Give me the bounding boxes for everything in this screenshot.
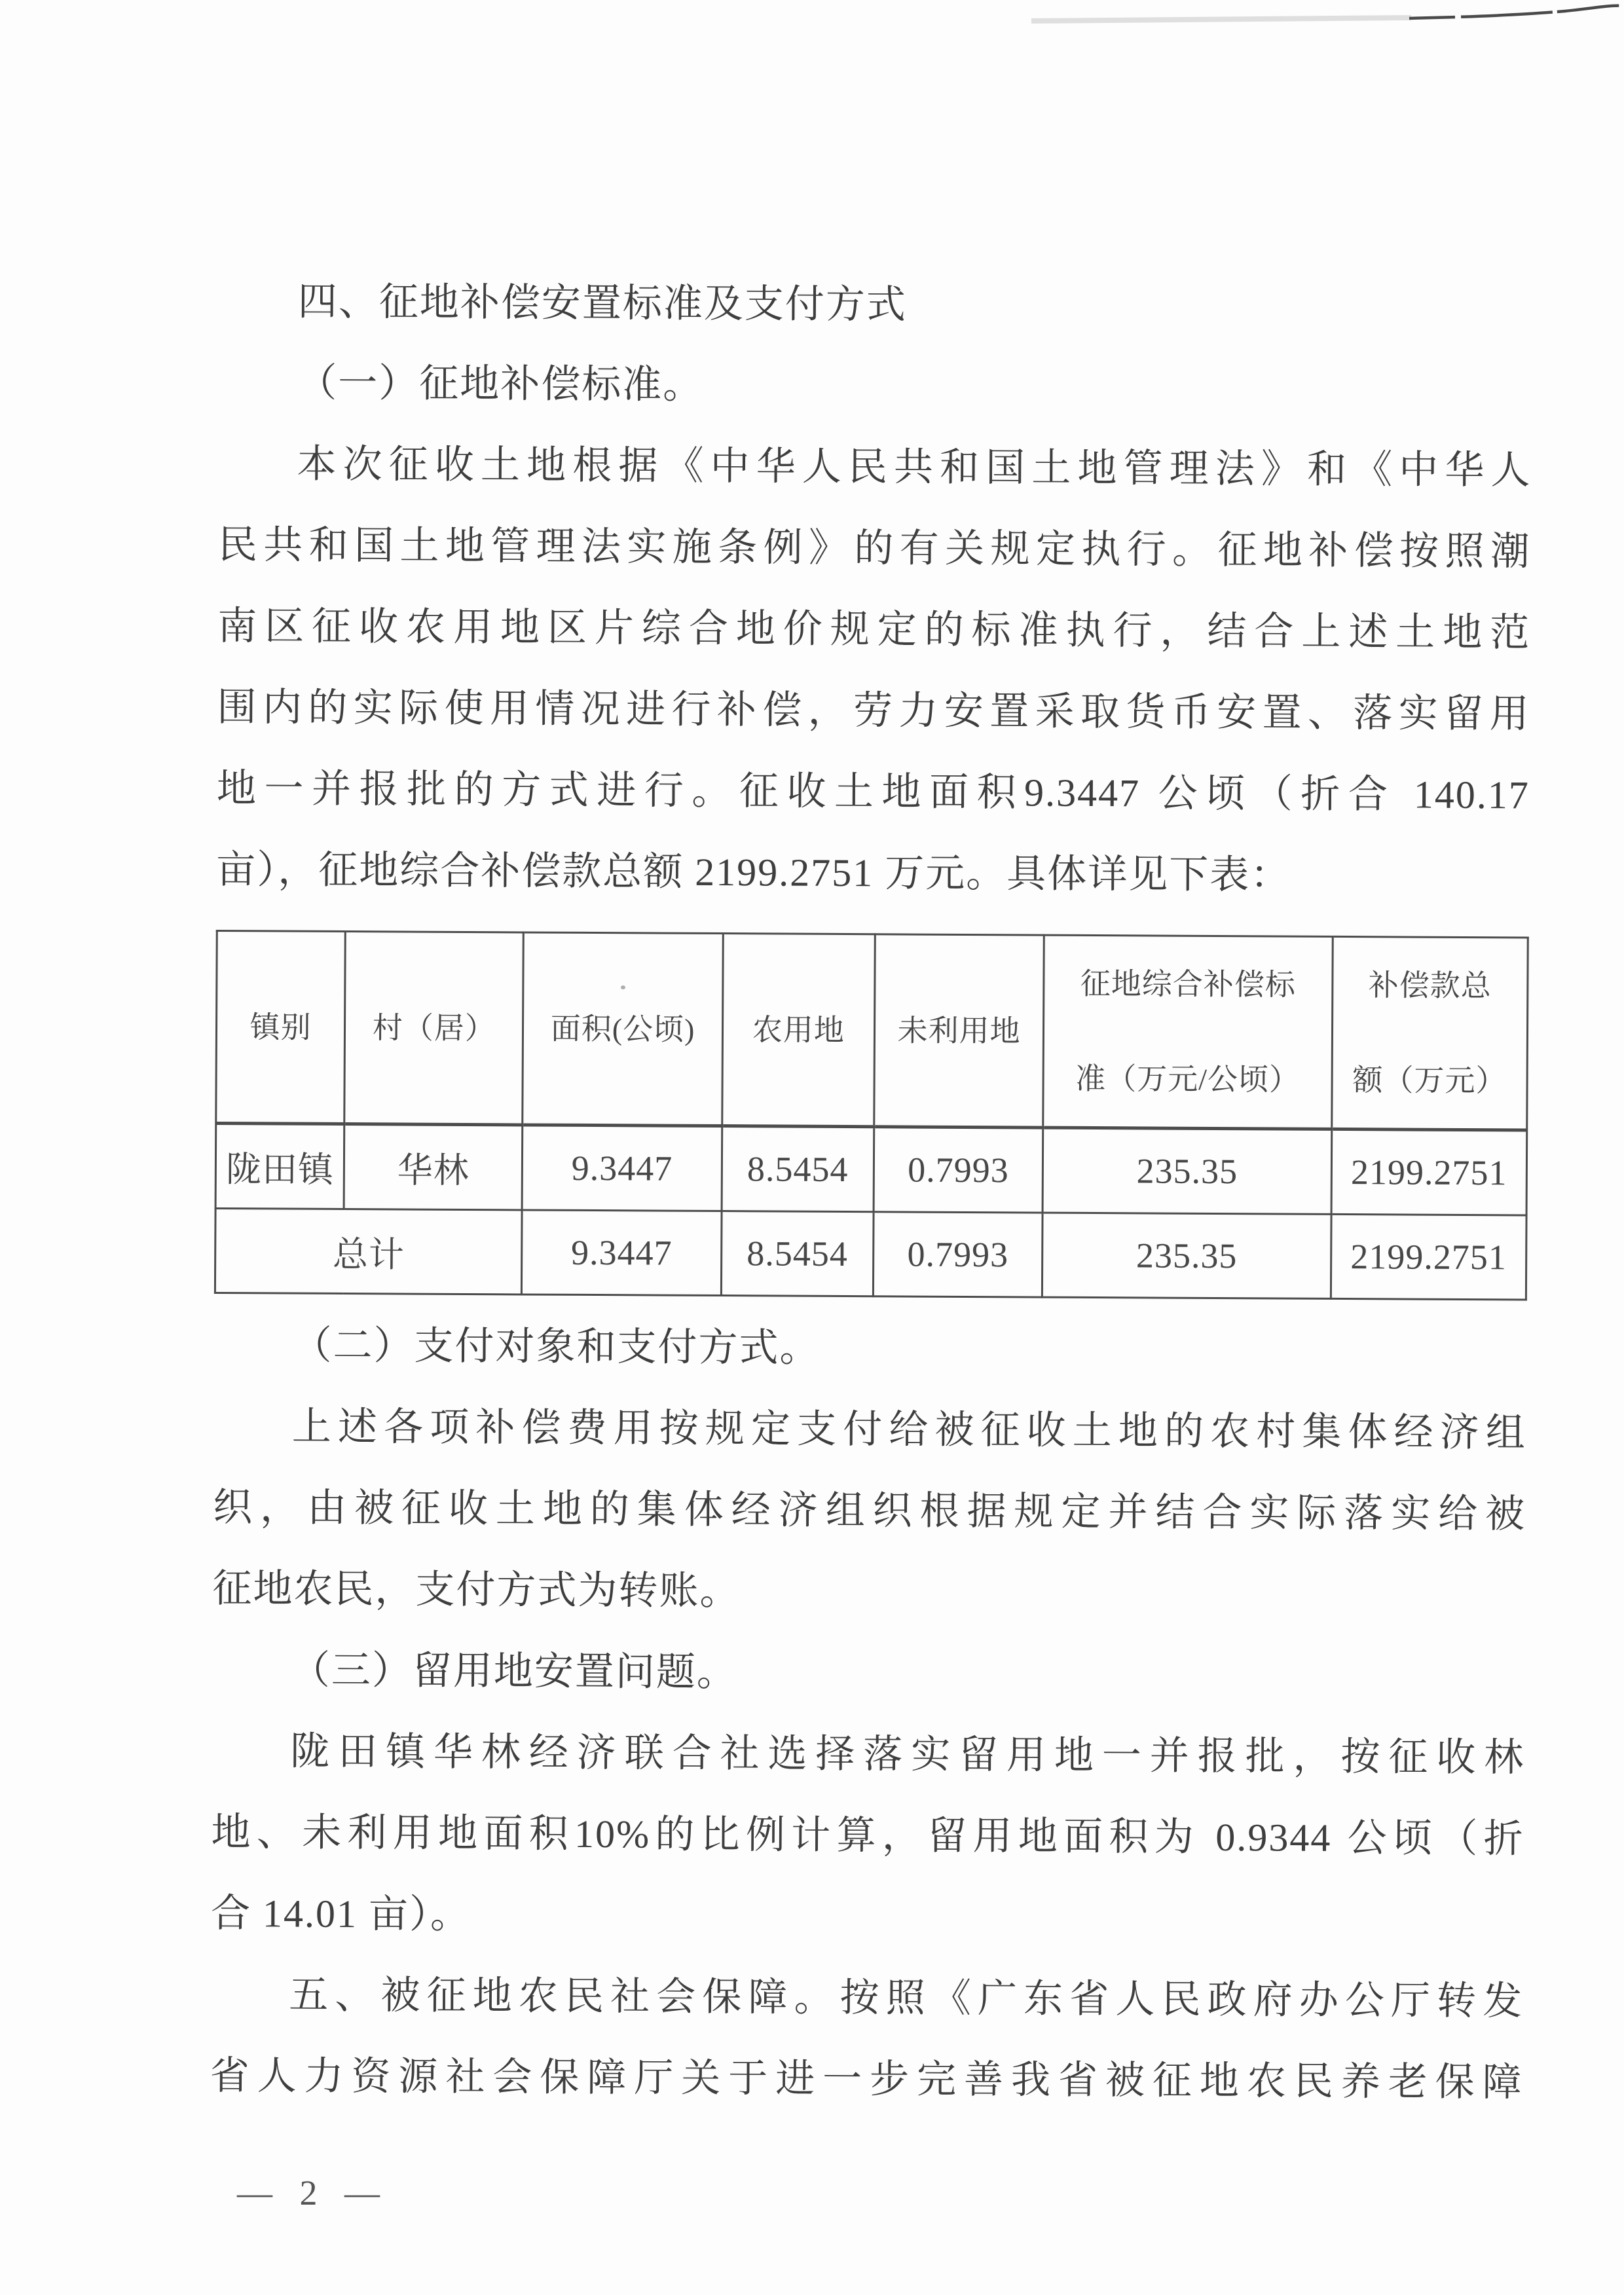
paragraph-line: 围内的实际使用情况进行补偿，劳力安置采取货币安置、落实留用 bbox=[217, 686, 1530, 735]
header-total: 补偿款总 额（万元） bbox=[1331, 936, 1528, 1130]
cell-total-standard: 235.35 bbox=[1043, 1213, 1331, 1298]
paragraph-line: 省人力资源社会保障厅关于进一步完善我省被征地农民养老保障 bbox=[210, 2055, 1522, 2103]
compensation-table: 镇别 村（居） 面积(公顷) 农用地 未利用地 征地综合补偿标 准（万元/公顷）… bbox=[214, 930, 1529, 1300]
paragraph-line: 亩），征地综合补偿款总额 2199.2751 万元。具体详见下表： bbox=[216, 849, 1529, 897]
header-farmland: 农用地 bbox=[722, 934, 875, 1127]
table-header-row: 镇别 村（居） 面积(公顷) 农用地 未利用地 征地综合补偿标 准（万元/公顷）… bbox=[216, 930, 1528, 1129]
cell-total-area: 9.3447 bbox=[522, 1210, 722, 1296]
table-total-row: 总计 9.3447 8.5454 0.7993 235.35 2199.2751 bbox=[215, 1208, 1526, 1299]
cell-farmland: 8.5454 bbox=[722, 1126, 874, 1212]
header-town: 镇别 bbox=[216, 930, 346, 1124]
paragraph-line: 织，由被征收土地的集体经济组织根据规定并结合实际落实给被 bbox=[213, 1486, 1526, 1535]
item-1-heading: （一）征地补偿标准。 bbox=[219, 361, 1532, 410]
scan-artifact-line bbox=[0, 0, 1624, 59]
cell-total-label: 总计 bbox=[215, 1208, 522, 1294]
paragraph-line: 陇田镇华林经济联合社选择落实留用地一并报批，按征收林 bbox=[212, 1730, 1524, 1778]
item-2-heading: （二）支付对象和支付方式。 bbox=[213, 1324, 1526, 1372]
paragraph-line: 本次征收土地根据《中华人民共和国土地管理法》和《中华人 bbox=[218, 443, 1531, 491]
header-village: 村（居） bbox=[344, 932, 524, 1125]
cell-town: 陇田镇 bbox=[215, 1123, 344, 1209]
table-row: 陇田镇 华林 9.3447 8.5454 0.7993 235.35 2199.… bbox=[215, 1123, 1527, 1215]
header-area: 面积(公顷) bbox=[523, 932, 723, 1126]
cell-village: 华林 bbox=[344, 1124, 523, 1210]
item-3-heading: （三）留用地安置问题。 bbox=[212, 1649, 1525, 1697]
cell-unused: 0.7993 bbox=[874, 1127, 1043, 1213]
section-5-heading: 五、被征地农民社会保障。按照《广东省人民政府办公厅转发 bbox=[210, 1974, 1523, 2022]
paragraph-line: 地、未利用地面积10%的比例计算，留用地面积为 0.9344 公顷（折 bbox=[211, 1811, 1524, 1860]
cell-area: 9.3447 bbox=[523, 1125, 722, 1211]
paragraph-line: 民共和国土地管理法实施条例》的有关规定执行。征地补偿按照潮 bbox=[218, 524, 1531, 572]
paragraph-line: 南区征收农用地区片综合地价规定的标准执行，结合上述土地范 bbox=[217, 605, 1530, 653]
cell-total: 2199.2751 bbox=[1331, 1129, 1527, 1215]
cell-total-farmland: 8.5454 bbox=[721, 1211, 874, 1296]
header-unused: 未利用地 bbox=[874, 934, 1044, 1128]
header-standard: 征地综合补偿标 准（万元/公顷） bbox=[1043, 935, 1333, 1129]
document-page: 四、征地补偿安置标准及支付方式 （一）征地补偿标准。 本次征收土地根据《中华人民… bbox=[0, 0, 1624, 2295]
document-content: 四、征地补偿安置标准及支付方式 （一）征地补偿标准。 本次征收土地根据《中华人民… bbox=[210, 280, 1532, 2142]
artifact-line-dark bbox=[1409, 6, 1623, 18]
cell-total-unused: 0.7993 bbox=[873, 1212, 1043, 1297]
paragraph-line: 合 14.01 亩）。 bbox=[211, 1892, 1524, 1941]
paragraph-line: 地一并报批的方式进行。征收土地面积9.3447 公顷（折合 140.17 bbox=[217, 767, 1530, 816]
artifact-line-light bbox=[1031, 18, 1411, 21]
cell-standard: 235.35 bbox=[1043, 1128, 1331, 1214]
paragraph-line: 征地农民，支付方式为转账。 bbox=[212, 1568, 1525, 1616]
cell-total-amount: 2199.2751 bbox=[1331, 1214, 1526, 1300]
section-4-heading: 四、征地补偿安置标准及支付方式 bbox=[219, 280, 1532, 329]
paragraph-line: 上述各项补偿费用按规定支付给被征收土地的农村集体经济组 bbox=[213, 1405, 1526, 1454]
page-number: — 2 — bbox=[237, 2173, 389, 2213]
